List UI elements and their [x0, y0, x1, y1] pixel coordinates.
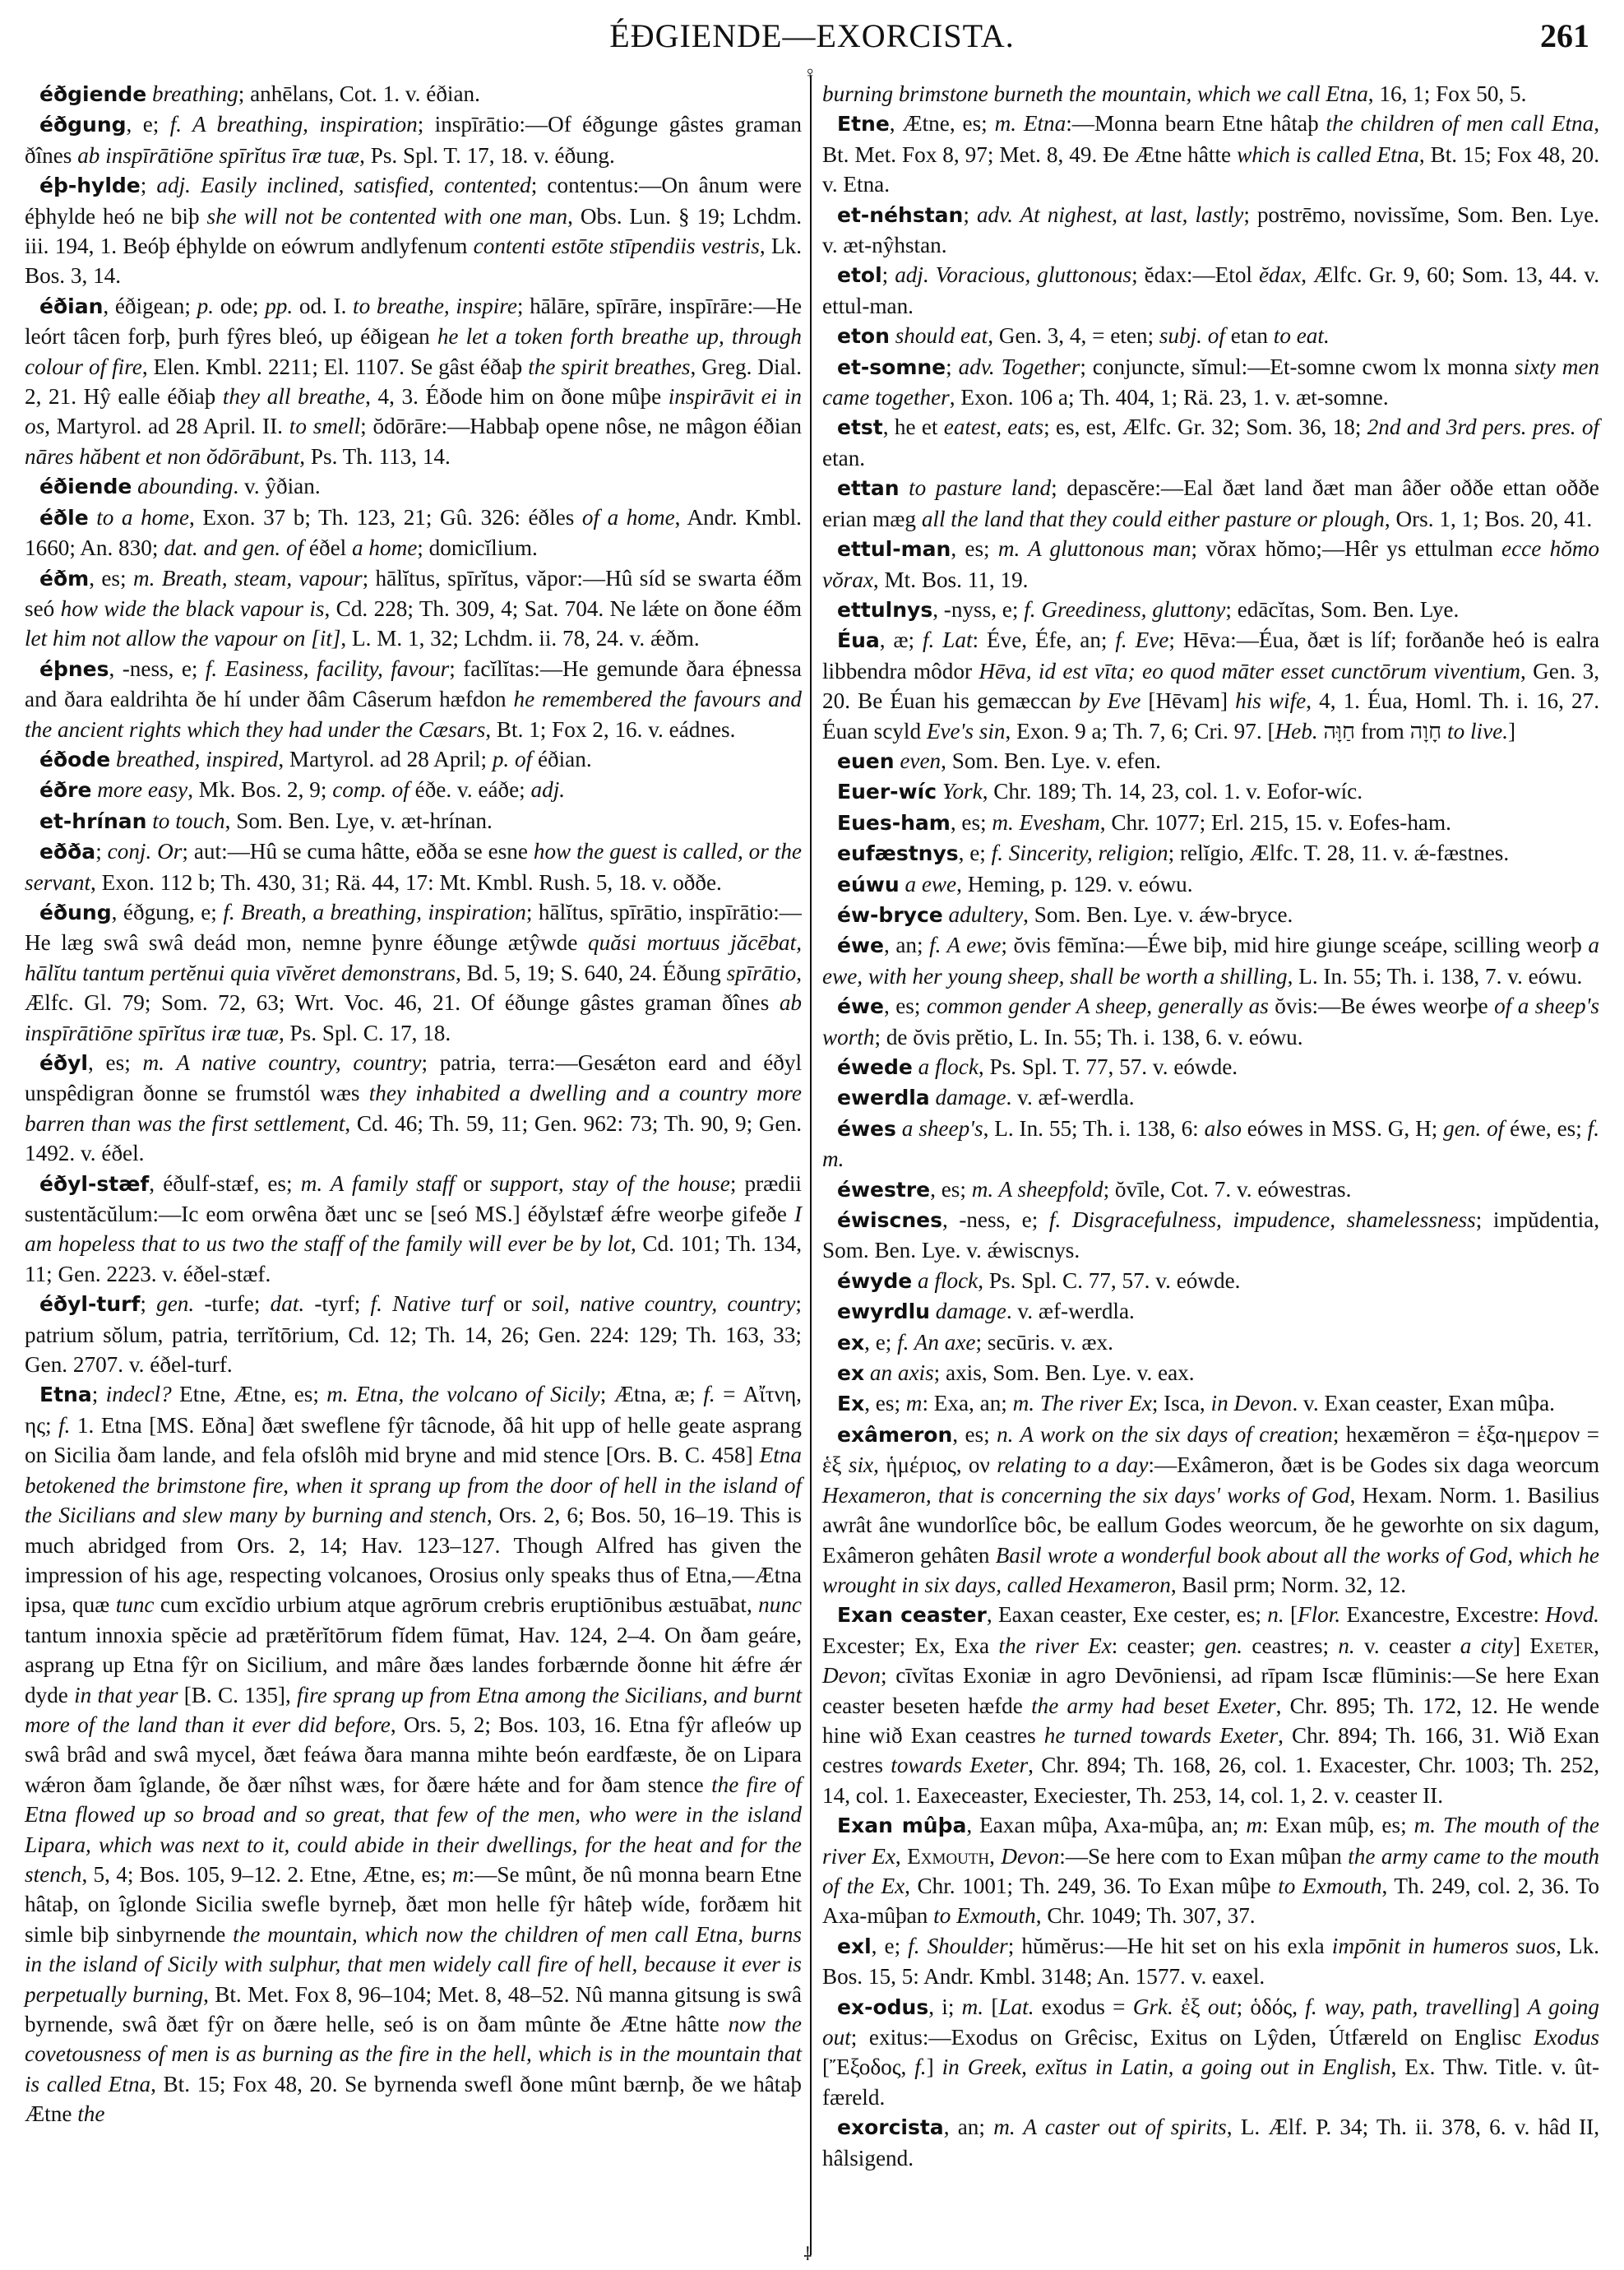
entry-text: , e;	[864, 1330, 897, 1355]
entry-gloss-italic: the river Ex	[998, 1633, 1111, 1658]
entry-gloss-italic: six	[849, 1452, 873, 1477]
dictionary-entry: éw-bryce adultery, Som. Ben. Lye. v. ǽw-…	[822, 900, 1599, 930]
entry-gloss-italic: gen.	[1205, 1633, 1242, 1658]
entry-text: , Mk. Bos. 2, 9;	[187, 777, 332, 802]
entry-headword: éwes	[837, 1117, 896, 1141]
entry-text: 1. Etna [MS. Eðna] ðæt sweflene fŷr tâcn…	[25, 1413, 802, 1467]
entry-gloss-italic: in Devon	[1211, 1391, 1293, 1415]
dictionary-entry: éðyl-turf; gen. -turfe; dat. -tyrf; f. N…	[25, 1289, 802, 1379]
dictionary-entry: Etne, Ætne, es; m. Etna:—Monna bearn Etn…	[822, 109, 1599, 199]
entry-gloss-italic: support, stay of the house	[490, 1171, 730, 1196]
entry-text: ;	[95, 839, 107, 864]
entry-gloss-italic: m. A gluttonous man	[998, 536, 1191, 561]
entry-text: , Martyrol. ad 28 April. II.	[44, 414, 289, 438]
entry-text: , he et	[883, 415, 944, 439]
entry-text: , éðgung, e;	[112, 900, 224, 924]
entry-headword: exorcista	[837, 2115, 944, 2139]
entry-gloss-italic: adj. Easily inclined, satisfied, content…	[156, 173, 530, 197]
entry-text: ; ŏvis fēmĭna:—Éwe biþ, mid hire giunge …	[1001, 933, 1588, 957]
entry-text: ; exitus:—Exodus on Grêcisc, Exitus on L…	[851, 2025, 1534, 2050]
entry-text: ]	[1508, 719, 1515, 744]
dictionary-entry: ewerdla damage. v. æf-werdla.	[822, 1082, 1599, 1113]
entry-text: -tyrf;	[304, 1291, 370, 1316]
entry-gloss-italic: a city	[1460, 1633, 1513, 1658]
entry-gloss-italic: a home	[352, 535, 417, 560]
dictionary-entry: éwiscnes, -ness, e; f. Disgracefulness, …	[822, 1205, 1599, 1266]
entry-headword: et-hrínan	[39, 809, 146, 833]
entry-text: , Exon. 106 a; Th. 404, 1; Rä. 23, 1. v.…	[950, 385, 1389, 410]
entry-text: , Ps. Spl. T. 77, 57. v. eówde.	[979, 1054, 1238, 1079]
entry-text: ; es, est, Ælfc. Gr. 32; Som. 36, 18;	[1043, 415, 1367, 439]
entry-headword: euen	[837, 749, 895, 773]
entry-text: ; edācĭtas, Som. Ben. Lye.	[1225, 597, 1459, 622]
entry-text	[912, 1268, 918, 1293]
entry-headword: ewerdla	[837, 1086, 930, 1110]
dictionary-entry: ex an axis; axis, Som. Ben. Lye. v. eax.	[822, 1358, 1599, 1388]
entry-gloss-italic: f. Greediness, gluttony	[1024, 597, 1225, 622]
entry-headword: éþ-hylde	[39, 174, 141, 197]
entry-text: , Ps. Spl. T. 17, 18. v. éðung.	[359, 143, 615, 168]
entry-text: Exancestre, Excestre:	[1340, 1602, 1545, 1627]
entry-text: , es;	[89, 566, 133, 591]
entry-text: ; de ŏvis prĕtio, L. In. 55; Th. i. 138,…	[874, 1025, 1302, 1049]
entry-headword: exâmeron	[837, 1423, 952, 1447]
entry-text: ; vŏrax hŏmo;—Hêr ys ettulman	[1191, 536, 1501, 561]
entry-text: ; Ætna, æ;	[600, 1382, 704, 1406]
entry-headword: etst	[837, 415, 883, 439]
entry-gloss-italic: also	[1205, 1116, 1242, 1141]
entry-gloss-italic: f. Lat	[923, 628, 973, 652]
entry-text: [	[1284, 1602, 1298, 1627]
entry-text	[896, 1116, 902, 1141]
entry-headword: ettulnys	[837, 598, 932, 622]
entry-gloss-italic: adj. Voracious, gluttonous	[895, 262, 1131, 287]
entry-text: , L. M. 1, 32; Lchdm. ii. 78, 24. v. ǽðm…	[340, 626, 699, 651]
dictionary-entry: éwyde a flock, Ps. Spl. C. 77, 57. v. eó…	[822, 1266, 1599, 1296]
entry-gloss-italic: more easy	[97, 777, 187, 802]
entry-gloss-italic: a flock	[918, 1054, 979, 1079]
dictionary-entry: etol; adj. Voracious, gluttonous; ĕdax:—…	[822, 260, 1599, 321]
entry-gloss-italic: f. Easiness, facility, favour	[206, 656, 449, 681]
entry-gloss-italic: to live.	[1447, 719, 1508, 744]
entry-gloss-italic: dat.	[271, 1291, 305, 1316]
entry-text: ode;	[214, 294, 265, 318]
left-column: éðgiende breathing; anhēlans, Cot. 1. v.…	[25, 79, 802, 2129]
entry-text: , Ps. Th. 113, 14.	[299, 444, 451, 469]
entry-headword: eufæstnys	[837, 841, 959, 865]
dictionary-entry: et-somne; adv. Together; conjuncte, sĭmu…	[822, 352, 1599, 413]
entry-headword: éðre	[39, 778, 91, 802]
entry-gloss-italic: adv. Together	[959, 354, 1080, 379]
entry-text: ; ĕdax:—Etol	[1131, 262, 1259, 287]
entry-gloss-italic: m. Breath, steam, vapour	[133, 566, 363, 591]
entry-gloss-italic: the	[77, 2101, 104, 2126]
entry-gloss-italic: ĕdax	[1259, 262, 1301, 287]
entry-gloss-italic: damage	[935, 1085, 1006, 1110]
entry-gloss-italic: ab inspīrātiōne spīrĭtus īræ tuæ	[77, 143, 359, 168]
entry-gloss-italic: breathed, inspired	[116, 747, 278, 771]
column-rule-bottom-ornament-icon: ⸸	[803, 2245, 812, 2263]
dictionary-entry: éðode breathed, inspired, Martyrol. ad 2…	[25, 744, 802, 775]
entry-gloss-italic: they all breathe	[223, 384, 365, 409]
entry-gloss-italic: nāres hăbent et non ŏdōrābunt	[25, 444, 299, 469]
entry-headword: et-somne	[837, 355, 946, 379]
entry-text: , es;	[88, 1050, 143, 1075]
entry-place-smallcaps: Exmouth	[907, 1844, 989, 1869]
entry-headword: Ex	[837, 1392, 864, 1415]
entry-text: , an;	[944, 2115, 994, 2139]
entry-text: , Bt. 1; Fox 2, 16. v. eádnes.	[485, 717, 735, 742]
entry-gloss-italic: conj. Or	[108, 839, 183, 864]
entry-headword: éðgiende	[39, 82, 146, 106]
entry-gloss-italic: a sheep's	[902, 1116, 983, 1141]
entry-gloss-italic: subj. of	[1159, 323, 1225, 348]
entry-gloss-italic: indecl?	[106, 1382, 172, 1406]
entry-text: , Exon. 112 b; Th. 430, 31; Rä. 44, 17: …	[90, 870, 722, 895]
entry-text	[900, 475, 909, 500]
entry-text: , Som. Ben. Lye. v. ǽw-bryce.	[1023, 902, 1293, 927]
entry-gloss-italic: m. A caster out of spirits	[993, 2115, 1227, 2139]
entry-text: , éðigean;	[103, 294, 197, 318]
entry-gloss-italic: n.	[1267, 1602, 1284, 1627]
entry-text: ;	[946, 354, 959, 379]
entry-text: , e;	[127, 112, 170, 137]
entry-gloss-italic: m	[452, 1862, 469, 1887]
entry-headword: éþnes	[39, 657, 109, 681]
entry-text: , es;	[930, 1177, 972, 1202]
entry-text	[864, 1360, 870, 1385]
entry-gloss-italic: spīrātio	[727, 961, 797, 985]
dictionary-entry: éðle to a home, Exon. 37 b; Th. 123, 21;…	[25, 503, 802, 563]
entry-gloss-italic: f. Shoulder	[908, 1934, 1008, 1958]
entry-gloss-italic: Hovd.	[1545, 1602, 1599, 1627]
entry-text: ; domicĭlium.	[417, 535, 538, 560]
entry-text: :—Monna bearn Etne hâtaþ	[1066, 111, 1326, 136]
entry-headword: etol	[837, 263, 882, 287]
entry-gloss-italic: soil, native country, country	[532, 1291, 796, 1316]
entry-gloss-italic: an axis	[870, 1360, 934, 1385]
entry-headword: Etna	[39, 1383, 92, 1406]
entry-text: , Ors. 1, 1; Bos. 20, 41.	[1385, 507, 1592, 531]
dictionary-entry: eton should eat, Gen. 3, 4, = eten; subj…	[822, 321, 1599, 351]
entry-text: ; axis, Som. Ben. Lye. v. eax.	[934, 1360, 1195, 1385]
entry-text: , Chr. 1001; Th. 249, 36. To Exan mûþe	[905, 1874, 1278, 1898]
entry-text: ;	[140, 1291, 156, 1316]
entry-gloss-italic: m. The river Ex	[1013, 1391, 1152, 1415]
entry-text: . v. Exan ceaster, Exan mûþa.	[1292, 1391, 1555, 1415]
entry-text	[146, 81, 152, 106]
dictionary-entry: etst, he et eatest, eats; es, est, Ælfc.…	[822, 412, 1599, 473]
entry-text: ; anhēlans, Cot. 1. v. éðian.	[238, 81, 480, 106]
entry-gloss-italic: dat. and gen. of	[164, 535, 303, 560]
entry-gloss-italic: towards Exeter	[891, 1753, 1028, 1777]
entry-gloss-italic: n.	[1338, 1633, 1354, 1658]
entry-gloss-italic: Devon	[822, 1663, 881, 1688]
entry-text: , e;	[959, 841, 992, 865]
entry-headword: éðyl-stæf	[39, 1172, 149, 1196]
entry-gloss-italic: Heb.	[1275, 719, 1318, 744]
entry-text: , L. In. 55; Th. i. 138, 7. v. eówu.	[1288, 964, 1583, 989]
entry-gloss-italic: p.	[197, 294, 214, 318]
entry-text: , Heming, p. 129. v. eówu.	[956, 872, 1192, 896]
entry-text: , es;	[864, 1391, 906, 1415]
entry-gloss-italic: even	[900, 748, 941, 773]
entry-gloss-italic: comp. of	[332, 777, 409, 802]
entry-text: : Exan mûþ, es;	[1262, 1813, 1414, 1837]
entry-gloss-italic: f. An axe	[897, 1330, 975, 1355]
entry-gloss-italic: Lat.	[998, 1994, 1034, 2019]
entry-text	[930, 1299, 936, 1323]
entry-gloss-italic: damage	[936, 1299, 1006, 1323]
entry-headword: éðgung	[39, 113, 127, 137]
dictionary-entry: éwe, an; f. A ewe; ŏvis fēmĭna:—Éwe biþ,…	[822, 930, 1599, 991]
entry-text: , -nyss, e;	[932, 597, 1024, 622]
entry-text: ; secūris. v. æx.	[976, 1330, 1113, 1355]
entry-text: , -ness, e;	[109, 656, 206, 681]
entry-gloss-italic: let him not allow the vapour on [it]	[25, 626, 340, 651]
dictionary-entry: Etna; indecl? Etne, Ætne, es; m. Etna, t…	[25, 1379, 802, 2129]
entry-gloss-italic: of a home	[582, 505, 675, 530]
dictionary-entry: éðyl-stæf, éðulf-stæf, es; m. A family s…	[25, 1169, 802, 1290]
entry-text: . v. ŷðian.	[233, 474, 320, 498]
entry-text: ,	[989, 1844, 1001, 1869]
entry-gloss-italic: to a home	[96, 505, 189, 530]
entry-gloss-italic: eatest, eats	[944, 415, 1043, 439]
entry-gloss-italic: m.	[962, 1994, 983, 2019]
entry-headword: éðode	[39, 748, 110, 771]
entry-gloss-italic: in Greek, exĭtus in Latin, a going out i…	[942, 2055, 1391, 2079]
dictionary-entry: Exan ceaster, Eaxan ceaster, Exe cester,…	[822, 1600, 1599, 1810]
entry-headword: exl	[837, 1934, 872, 1958]
entry-gloss-italic: nunc	[758, 1592, 802, 1617]
entry-text: , es;	[884, 994, 927, 1018]
entry-text: : ceaster;	[1112, 1633, 1205, 1658]
entry-gloss-italic: the spirit breathes	[528, 354, 690, 379]
entry-text	[890, 323, 895, 348]
dictionary-entry: Éua, æ; f. Lat: Éve, Éfe, an; f. Eve; Hē…	[822, 625, 1599, 746]
dictionary-entry: éðgiende breathing; anhēlans, Cot. 1. v.…	[25, 79, 802, 109]
entry-gloss-italic: all the land that they could either past…	[922, 507, 1385, 531]
entry-headword: éwede	[837, 1055, 913, 1079]
entry-text: , e;	[872, 1934, 909, 1958]
entry-gloss-italic: to pasture land	[909, 475, 1051, 500]
entry-text: ; ὁδός,	[1237, 1994, 1306, 2019]
entry-gloss-italic: a ewe	[905, 872, 956, 896]
entry-headword: ex-odus	[837, 1995, 928, 2019]
entry-gloss-italic: how wide the black vapour is	[61, 596, 325, 621]
entry-gloss-italic: Flor.	[1298, 1602, 1340, 1627]
entry-text: ; ŏvīle, Cot. 7. v. eówestras.	[1103, 1177, 1352, 1202]
dictionary-entry: exâmeron, es; n. A work on the six days …	[822, 1420, 1599, 1600]
dictionary-entry: ettul-man, es; m. A gluttonous man; vŏra…	[822, 534, 1599, 595]
entry-gloss-italic: abounding	[137, 474, 233, 498]
dictionary-entry: éðiende abounding. v. ŷðian.	[25, 471, 802, 502]
entry-gloss-italic: f. Disgracefulness, impudence, shameless…	[1049, 1207, 1476, 1232]
entry-text: ]	[1513, 1633, 1529, 1658]
dictionary-entry: exorcista, an; m. A caster out of spirit…	[822, 2112, 1599, 2173]
entry-text: :—Se here com to Exan mûþan	[1059, 1844, 1348, 1869]
entry-gloss-italic: gen.	[156, 1291, 194, 1316]
dictionary-entry: éðung, éðgung, e; f. Breath, a breathing…	[25, 897, 802, 1048]
entry-gloss-italic: she will not be contented with one man	[207, 204, 568, 229]
dictionary-entry: éþnes, -ness, e; f. Easiness, facility, …	[25, 654, 802, 744]
entry-gloss-italic: which is called Etna	[1237, 142, 1419, 167]
dictionary-entry: éwe, es; common gender A sheep, generall…	[822, 991, 1599, 1052]
dictionary-entry: et-hrínan to touch, Som. Ben. Lye, v. æt…	[25, 806, 802, 836]
dictionary-entry: burning brimstone burneth the mountain, …	[822, 79, 1599, 109]
entry-text: , Mt. Bos. 11, 19.	[873, 567, 1029, 592]
entry-text	[937, 779, 942, 804]
entry-gloss-italic: f.	[703, 1382, 715, 1406]
entry-headword: Eues-ham	[837, 811, 951, 835]
entry-text: ; relĭgio, Ælfc. T. 28, 11. v. ǽ-fæstnes…	[1168, 841, 1510, 865]
entry-gloss-italic: his wife	[1235, 688, 1306, 713]
entry-headword: et-néhstan	[837, 203, 963, 227]
dictionary-entry: ettan to pasture land; depascĕre:—Eal ðæ…	[822, 473, 1599, 534]
entry-text: Excester; Ex, Exa	[822, 1633, 998, 1658]
entry-text: [	[983, 1994, 998, 2019]
entry-gloss-italic: adv. At nighest, at last, lastly	[977, 202, 1243, 227]
entry-headword: éðm	[39, 567, 89, 591]
entry-text: ; ŏdōrāre:—Habbaþ opene nôse, ne mâgon é…	[360, 414, 802, 438]
entry-text: , 16, 1; Fox 50, 5.	[1368, 81, 1527, 106]
entry-text: éðel	[303, 535, 352, 560]
entry-text: éwe, es;	[1504, 1116, 1587, 1141]
entry-gloss-italic: Grk.	[1133, 1994, 1173, 2019]
entry-text: etan.	[822, 446, 865, 470]
dictionary-entry: éðgung, e; f. A breathing, inspiration; …	[25, 109, 802, 170]
entry-headword: éðyl	[39, 1051, 88, 1075]
entry-gloss-italic: impōnit in humeros suos	[1332, 1934, 1556, 1958]
entry-text: , Chr. 189; Th. 14, 23, col. 1. v. Eofor…	[983, 779, 1363, 804]
entry-text: , an;	[884, 933, 929, 957]
entry-gloss-italic: Exodus	[1534, 2025, 1599, 2050]
entry-gloss-italic: m	[906, 1391, 923, 1415]
entry-text: or	[493, 1291, 532, 1316]
entry-text: v. ceaster	[1355, 1633, 1460, 1658]
entry-gloss-italic: a flock	[918, 1268, 978, 1293]
dictionary-entry: éwede a flock, Ps. Spl. T. 77, 57. v. eó…	[822, 1052, 1599, 1082]
entry-text	[913, 1054, 918, 1079]
entry-gloss-italic: f. way, path, travelling	[1305, 1994, 1512, 2019]
entry-text: , Ps. Spl. C. 77, 57. v. eówde.	[978, 1268, 1240, 1293]
entry-text: od. I.	[293, 294, 353, 318]
entry-gloss-italic: Hēva, id est vīta; eo quod māter esset c…	[979, 659, 1520, 683]
entry-gloss-italic: f.	[914, 2055, 926, 2079]
entry-gloss-italic: f. Sincerity, religion	[992, 841, 1168, 865]
dictionary-entry: Euer-wíc York, Chr. 189; Th. 14, 23, col…	[822, 776, 1599, 807]
entry-text: . v. æf-werdla.	[1006, 1085, 1135, 1110]
entry-text: ;	[882, 262, 895, 287]
entry-gloss-italic: f. Breath, a breathing, inspiration	[223, 900, 526, 924]
entry-text: [Ἔξοδος,	[822, 2055, 914, 2079]
page-number: 261	[1540, 16, 1589, 55]
entry-text: , Martyrol. ad 28 April;	[278, 747, 493, 771]
dictionary-entry: euen even, Som. Ben. Lye. v. efen.	[822, 746, 1599, 776]
entry-gloss-italic: adj.	[531, 777, 566, 802]
entry-gloss-italic: Eve's sin	[927, 719, 1006, 744]
entry-gloss-italic: pp.	[265, 294, 293, 318]
entry-text: . v. æf-werdla.	[1006, 1299, 1135, 1323]
entry-gloss-italic: he turned towards Exeter	[1044, 1723, 1278, 1748]
entry-gloss-italic: out	[1208, 1994, 1237, 2019]
entry-gloss-italic: f. A breathing, inspiration	[170, 112, 418, 137]
entry-headword: éðiende	[39, 475, 132, 498]
entry-gloss-italic: to Exmouth	[1278, 1874, 1381, 1898]
entry-gloss-italic: f.	[58, 1413, 70, 1438]
entry-text: , L. In. 55; Th. i. 138, 6:	[983, 1116, 1205, 1141]
entry-headword: éwestre	[837, 1178, 930, 1202]
entry-gloss-italic: n. A work on the six days of creation	[997, 1422, 1333, 1447]
entry-text: ;	[92, 1382, 106, 1406]
entry-text: [B. C. 135],	[178, 1683, 297, 1707]
entry-text: , Bd. 5, 19; S. 640, 24. Éðung	[456, 961, 727, 985]
entry-text: , Ps. Spl. C. 17, 18.	[279, 1021, 451, 1045]
entry-gloss-italic: should eat	[895, 323, 988, 348]
dictionary-entry: eúwu a ewe, Heming, p. 129. v. eówu.	[822, 869, 1599, 900]
entry-text: ceastres;	[1242, 1633, 1338, 1658]
entry-headword: ex	[837, 1331, 864, 1355]
entry-gloss-italic: m	[1246, 1813, 1262, 1837]
entry-gloss-italic: in that year	[74, 1683, 178, 1707]
entry-gloss-italic: f. Native turf	[371, 1291, 493, 1316]
dictionary-entry: Ex, es; m: Exa, an; m. The river Ex; Isc…	[822, 1388, 1599, 1419]
entry-gloss-italic: the army had beset Exeter	[1031, 1693, 1276, 1718]
entry-text: ,	[895, 1844, 907, 1869]
entry-text: , Chr. 1049; Th. 307, 37.	[1036, 1903, 1256, 1928]
dictionary-entry: exl, e; f. Shoulder; hŭmĕrus:—He hit set…	[822, 1931, 1599, 1992]
entry-gloss-italic: m. Etna, the volcano of Sicily	[326, 1382, 599, 1406]
column-rule-top-ornament-icon: ♀	[803, 64, 817, 82]
entry-text: , Elen. Kmbl. 2211; El. 1107. Se gâst éð…	[142, 354, 528, 379]
dictionary-entry: ex, e; f. An axe; secūris. v. æx.	[822, 1327, 1599, 1358]
entry-headword: éðung	[39, 901, 112, 924]
entry-text: ,	[1594, 1633, 1599, 1658]
dictionary-entry: éðre more easy, Mk. Bos. 2, 9; comp. of …	[25, 775, 802, 805]
entry-headword: éðle	[39, 506, 89, 530]
dictionary-entry: éwestre, es; m. A sheepfold; ŏvīle, Cot.…	[822, 1174, 1599, 1205]
entry-headword: éwe	[837, 933, 884, 957]
entry-headword: ex	[837, 1361, 864, 1385]
dictionary-entry: ex-odus, i; m. [Lat. exodus = Grk. ἐξ ou…	[822, 1992, 1599, 2113]
entry-text: Etne, Ætne, es;	[172, 1382, 327, 1406]
entry-text: ŏvis:—Be éwes weorþe	[1269, 994, 1494, 1018]
entry-text: , Exon. 37 b; Th. 123, 21; Gû. 326: éðle…	[189, 505, 582, 530]
entry-gloss-italic: m. Evesham	[992, 810, 1099, 835]
entry-text: or	[455, 1171, 490, 1196]
entry-text	[110, 747, 116, 771]
entry-text: :—Exâmeron, ðæt is be Godes six daga weo…	[1148, 1452, 1599, 1477]
entry-headword: ettul-man	[837, 537, 951, 561]
entry-text: ;	[963, 202, 977, 227]
entry-gloss-italic: common gender A sheep, generally as	[927, 994, 1269, 1018]
entry-headword: éðian	[39, 294, 103, 318]
entry-text: [Hēvam]	[1141, 688, 1235, 713]
entry-place-smallcaps: Exeter	[1529, 1633, 1594, 1658]
entry-headword: eðða	[39, 840, 95, 864]
entry-text: : Éve, Éfe, an;	[973, 628, 1116, 652]
entry-gloss-italic: 2nd and 3rd pers. pres. of	[1367, 415, 1599, 439]
entry-headword: Éua	[837, 628, 880, 652]
entry-gloss-italic: Hexameron, that is concerning the six da…	[822, 1483, 1350, 1508]
entry-text: , 4, 3. Éðode him on ðone mûþe	[365, 384, 669, 409]
right-column: burning brimstone burneth the mountain, …	[822, 79, 1599, 2173]
entry-text: ]	[927, 2055, 942, 2079]
entry-text: , Som. Ben. Lye. v. efen.	[941, 748, 1161, 773]
entry-headword: Exan ceaster	[837, 1603, 987, 1627]
entry-text: , Som. Ben. Lye, v. æt-hrínan.	[225, 808, 493, 833]
entry-gloss-italic: p. of	[493, 747, 532, 771]
